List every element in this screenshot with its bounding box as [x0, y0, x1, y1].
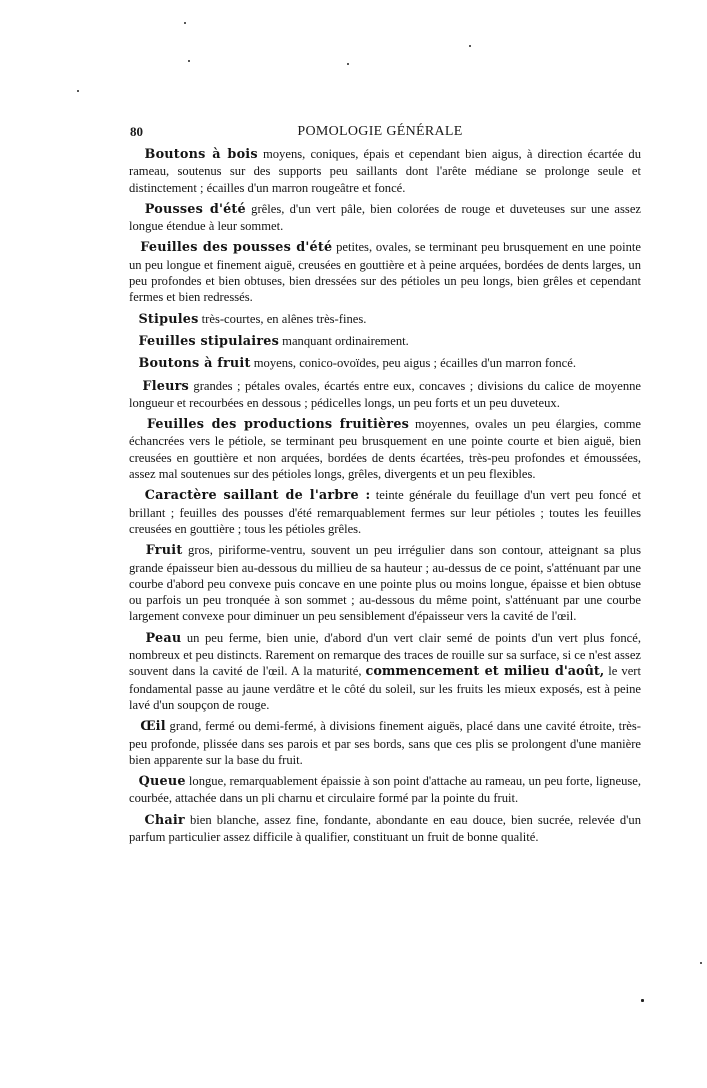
entry-text: grand, fermé ou demi-fermé, à divisions …: [129, 719, 641, 767]
entry-term: Peau: [146, 631, 182, 646]
paragraph-caractere-saillant: Caractère saillant de l'arbre : teinte g…: [129, 487, 641, 537]
entry-text: très-courtes, en alênes très-fines.: [199, 312, 367, 326]
paragraph-pousses-d-ete: Pousses d'été grêles, d'un vert pâle, bi…: [129, 201, 641, 235]
scan-speck: [469, 45, 471, 47]
running-title: POMOLOGIE GÉNÉRALE: [112, 124, 648, 140]
scan-speck: [188, 60, 190, 62]
entry-term: Stipules: [138, 312, 198, 327]
entry-text: grandes ; pétales ovales, écartés entre …: [129, 379, 641, 410]
entry-text: bien blanche, assez fine, fondante, abon…: [129, 813, 641, 844]
paragraph-feuilles-des-pousses: Feuilles des pousses d'été petites, oval…: [129, 239, 641, 305]
entry-term: Boutons à fruit: [138, 356, 250, 371]
scan-speck: [641, 999, 644, 1002]
paragraph-fruit: Fruit gros, piriforme-ventru, souvent un…: [129, 542, 641, 624]
scan-speck: [700, 962, 702, 964]
paragraph-boutons-a-bois: Boutons à bois moyens, coniques, épais e…: [129, 146, 641, 196]
paragraph-fleurs: Fleurs grandes ; pétales ovales, écartés…: [129, 378, 641, 412]
entry-term: Fruit: [146, 543, 183, 558]
scan-speck: [184, 22, 186, 24]
entry-text: manquant ordinairement.: [279, 334, 409, 348]
entry-term: Feuilles stipulaires: [138, 334, 279, 349]
entry-term: Chair: [144, 813, 184, 828]
entry-term: Fleurs: [142, 379, 189, 394]
paragraph-peau: Peau un peu ferme, bien unie, d'abord d'…: [129, 630, 641, 713]
entry-term: Boutons à bois: [145, 147, 258, 162]
book-page: 80 POMOLOGIE GÉNÉRALE Boutons à bois moy…: [0, 0, 707, 1088]
entry-term: Œil: [140, 719, 165, 734]
entry-term: Feuilles des pousses d'été: [140, 240, 332, 255]
entry-text: longue, remarquablement épaissie à son p…: [129, 774, 641, 805]
entry-text: gros, piriforme-ventru, souvent un peu i…: [129, 543, 641, 623]
entry-term: Caractère saillant de l'arbre :: [145, 488, 371, 503]
paragraph-stipules: Stipules très-courtes, en alênes très-fi…: [129, 311, 641, 328]
paragraph-queue: Queue longue, remarquablement épaissie à…: [129, 773, 641, 807]
paragraph-feuilles-productions: Feuilles des productions fruitières moye…: [129, 416, 641, 482]
page-body: Boutons à bois moyens, coniques, épais e…: [129, 146, 641, 850]
entry-term: Queue: [139, 774, 186, 789]
inline-term-maturity: commencement et milieu d'août,: [366, 664, 605, 679]
entry-text: moyens, conico-ovoïdes, peu aigus ; écai…: [251, 356, 576, 370]
paragraph-chair: Chair bien blanche, assez fine, fondante…: [129, 812, 641, 846]
scan-speck: [77, 90, 79, 92]
page-header: 80 POMOLOGIE GÉNÉRALE: [112, 124, 648, 142]
scan-speck: [347, 63, 349, 65]
paragraph-boutons-a-fruit: Boutons à fruit moyens, conico-ovoïdes, …: [129, 355, 641, 372]
entry-term: Feuilles des productions fruitières: [147, 417, 409, 432]
paragraph-feuilles-stipulaires: Feuilles stipulaires manquant ordinairem…: [129, 333, 641, 350]
entry-term: Pousses d'été: [145, 202, 246, 217]
paragraph-oeil: Œil grand, fermé ou demi-fermé, à divisi…: [129, 718, 641, 768]
